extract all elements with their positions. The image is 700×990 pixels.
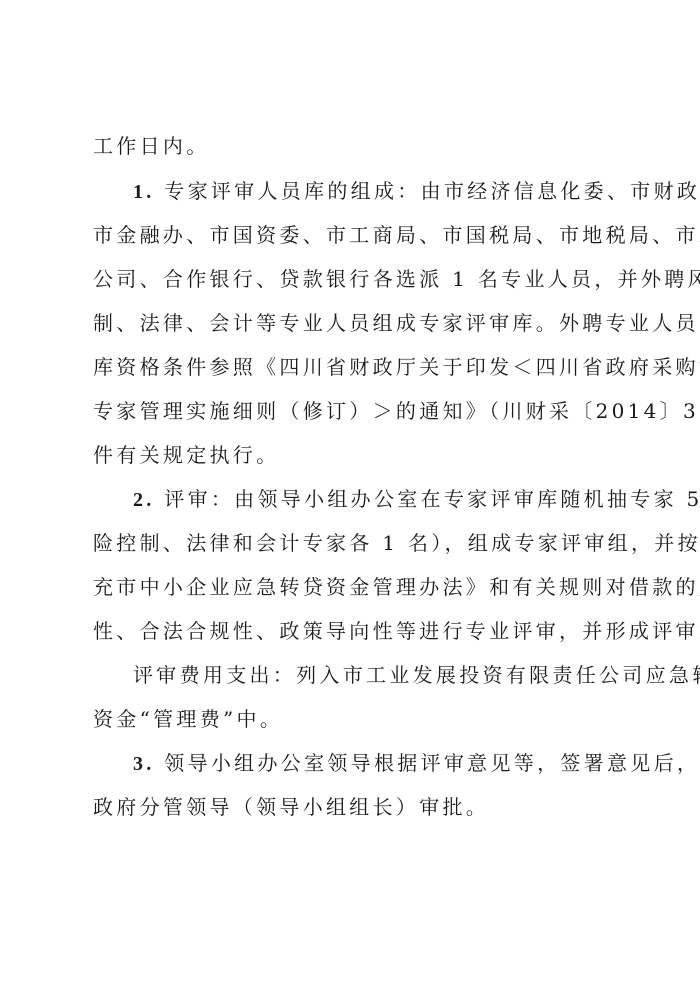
text-line: 性、合法合规性、政策导向性等进行专业评审，并形成评审意见。 [93, 618, 613, 644]
text-line: 政府分管领导（领导小组组长）审批。 [93, 794, 613, 820]
text-line: 资金“管理费”中。 [93, 706, 613, 732]
item-number: 2. [133, 489, 155, 511]
text-line: 险控制、法律和会计专家各 1 名），组成专家评审组，并按照《南 [93, 530, 613, 556]
list-item-3: 3. 领导小组办公室领导根据评审意见等，签署意见后，报市 [133, 750, 613, 777]
list-item-1: 1. 专家评审人员库的组成：由市经济信息化委、市财政局、 [133, 178, 613, 205]
item-number: 1. [133, 181, 155, 203]
text-line: 市金融办、市国资委、市工商局、市国税局、市地税局、市工投 [93, 222, 613, 248]
text-line: 评审：由领导小组办公室在专家评审库随机抽专家 5 名（风 [164, 487, 700, 511]
list-item-2: 2. 评审：由领导小组办公室在专家评审库随机抽专家 5 名（风 [133, 486, 613, 513]
text-line: 专家评审人员库的组成：由市经济信息化委、市财政局、 [164, 179, 700, 203]
text-line: 件有关规定执行。 [93, 442, 613, 468]
text-line: 充市中小企业应急转贷资金管理办法》和有关规则对借款的风险 [93, 574, 613, 600]
item-number: 3. [133, 753, 155, 775]
text-line: 评审费用支出：列入市工业发展投资有限责任公司应急转贷 [133, 662, 613, 688]
text-line: 专家管理实施细则（修订）＞的通知》（川财采〔2014〕3 号）文 [93, 398, 613, 424]
text-line: 领导小组办公室领导根据评审意见等，签署意见后，报市 [164, 751, 700, 775]
text-line: 制、法律、会计等专业人员组成专家评审库。外聘专业人员的入 [93, 310, 613, 336]
text-line: 公司、合作银行、贷款银行各选派 1 名专业人员，并外聘风险控 [93, 266, 613, 292]
text-line: 库资格条件参照《四川省财政厅关于印发＜四川省政府采购评审 [93, 354, 613, 380]
text-line: 工作日内。 [93, 133, 613, 159]
